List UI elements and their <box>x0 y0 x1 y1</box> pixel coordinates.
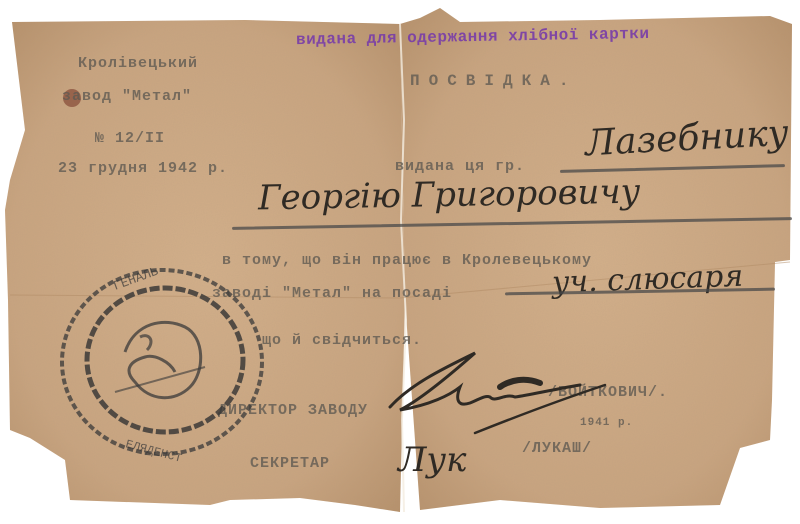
secretary-name: /ЛУКАШ/ <box>522 440 592 457</box>
issuer-line-2: завод "Метал" <box>62 88 192 105</box>
svg-text:ЕЛЯДЕНСТ: ЕЛЯДЕНСТ <box>124 437 183 462</box>
director-signature <box>380 345 620 435</box>
position-handwritten: уч. слюсаря <box>551 259 743 301</box>
document-title: ПОСВІДКА. <box>410 72 577 90</box>
name-handwritten: Георгію Григоровичу <box>258 172 641 219</box>
round-seal-icon: ГЕНАЛЬ ЕЛЯДЕНСТ <box>55 262 270 462</box>
issuer-line-1: Кролівецький <box>78 55 198 72</box>
document-scan: видана для одержання хлібної картки Крол… <box>0 0 800 524</box>
document-date: 23 грудня 1942 р. <box>58 160 228 177</box>
issued-to-label: видана ця гр. <box>395 158 525 175</box>
body-line-1: в тому, що він працює в Кролевецькому <box>222 252 592 269</box>
document-number: № 12/II <box>95 130 165 147</box>
secretary-signature: Лук <box>398 440 466 480</box>
